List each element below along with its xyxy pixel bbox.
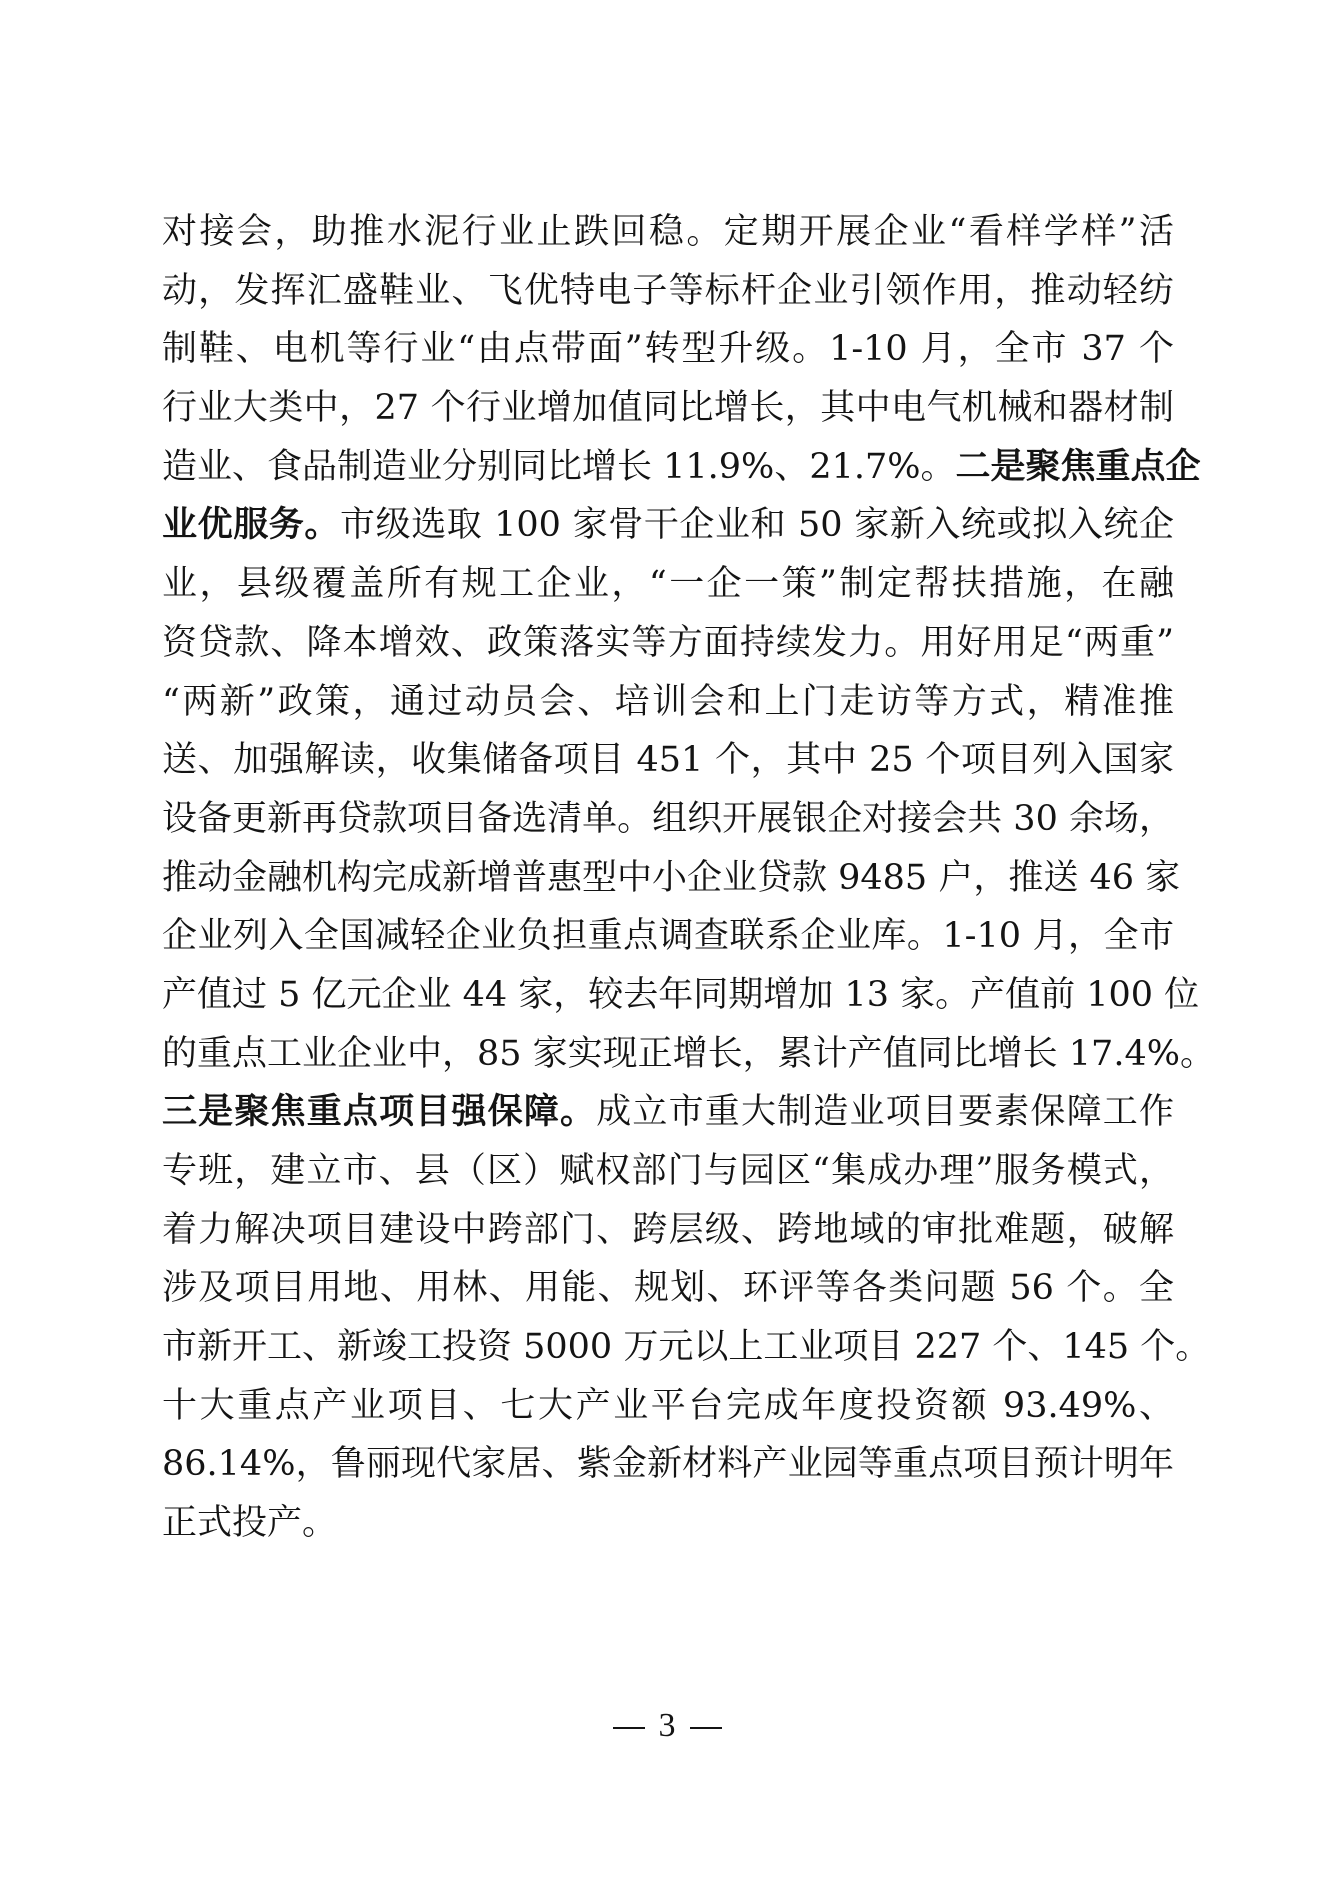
text-segment: 成立市重大制造业项目要素保障工作 (596, 1092, 1174, 1132)
text-segment: 制鞋、电机等行业“由点带面”转型升级。1-10 月，全市 37 个 (162, 329, 1174, 369)
text-segment: 市级选取 100 家骨干企业和 50 家新入统或拟入统企 (340, 505, 1174, 545)
text-line: 的重点工业企业中，85 家实现正增长，累计产值同比增长 17.4%。 (162, 1025, 1174, 1084)
text-segment: 专班，建立市、县（区）赋权部门与园区“集成办理”服务模式， (162, 1151, 1174, 1191)
text-segment: 对接会，助推水泥行业止跌回稳。定期开展企业“看样学样”活 (162, 212, 1174, 252)
text-line: 对接会，助推水泥行业止跌回稳。定期开展企业“看样学样”活 (162, 203, 1174, 262)
text-segment: 动，发挥汇盛鞋业、飞优特电子等标杆企业引领作用，推动轻纺 (162, 271, 1174, 311)
text-line: 86.14%，鲁丽现代家居、紫金新材料产业园等重点项目预计明年 (162, 1435, 1174, 1494)
text-line: 业优服务。市级选取 100 家骨干企业和 50 家新入统或拟入统企 (162, 496, 1174, 555)
text-segment: 设备更新再贷款项目备选清单。组织开展银企对接会共 30 余场， (162, 799, 1174, 839)
text-segment: 86.14%，鲁丽现代家居、紫金新材料产业园等重点项目预计明年 (162, 1444, 1174, 1484)
text-segment: 推动金融机构完成新增普惠型中小企业贷款 9485 户，推送 46 家 (162, 858, 1180, 898)
bold-heading-text: 业优服务。 (162, 505, 340, 545)
text-line: 企业列入全国减轻企业负担重点调查联系企业库。1-10 月，全市 (162, 907, 1174, 966)
document-page: 对接会，助推水泥行业止跌回稳。定期开展企业“看样学样”活动，发挥汇盛鞋业、飞优特… (0, 0, 1334, 1887)
page-dash-right (690, 1727, 722, 1729)
bold-heading-text: 二是聚焦重点企 (956, 447, 1201, 487)
text-segment: 行业大类中，27 个行业增加值同比增长，其中电气机械和器材制 (162, 388, 1174, 428)
text-line: 行业大类中，27 个行业增加值同比增长，其中电气机械和器材制 (162, 379, 1174, 438)
text-line: 业，县级覆盖所有规工企业，“一企一策”制定帮扶措施，在融 (162, 555, 1174, 614)
text-line: 产值过 5 亿元企业 44 家，较去年同期增加 13 家。产值前 100 位 (162, 966, 1174, 1025)
text-line: 制鞋、电机等行业“由点带面”转型升级。1-10 月，全市 37 个 (162, 320, 1174, 379)
text-segment: 市新开工、新竣工投资 5000 万元以上工业项目 227 个、145 个。 (162, 1327, 1210, 1367)
text-line: 三是聚焦重点项目强保障。成立市重大制造业项目要素保障工作 (162, 1083, 1174, 1142)
page-dash-left (613, 1727, 645, 1729)
text-segment: 十大重点产业项目、七大产业平台完成年度投资额 93.49%、 (162, 1386, 1174, 1426)
text-segment: 资贷款、降本增效、政策落实等方面持续发力。用好用足“两重” (162, 623, 1174, 663)
text-line: 造业、食品制造业分别同比增长 11.9%、21.7%。二是聚焦重点企 (162, 438, 1174, 497)
text-segment: “两新”政策，通过动员会、培训会和上门走访等方式，精准推 (162, 682, 1174, 722)
page-number: 3 (659, 1707, 676, 1744)
bold-heading-text: 三是聚焦重点项目强保障。 (162, 1092, 596, 1132)
text-segment: 的重点工业企业中，85 家实现正增长，累计产值同比增长 17.4%。 (162, 1034, 1215, 1074)
page-number-footer: 3 (0, 1706, 1334, 1746)
body-paragraph: 对接会，助推水泥行业止跌回稳。定期开展企业“看样学样”活动，发挥汇盛鞋业、飞优特… (162, 203, 1174, 1553)
text-line: 十大重点产业项目、七大产业平台完成年度投资额 93.49%、 (162, 1377, 1174, 1436)
text-line: 推动金融机构完成新增普惠型中小企业贷款 9485 户，推送 46 家 (162, 849, 1174, 908)
text-segment: 正式投产。 (162, 1503, 337, 1543)
text-line: 设备更新再贷款项目备选清单。组织开展银企对接会共 30 余场， (162, 790, 1174, 849)
text-segment: 产值过 5 亿元企业 44 家，较去年同期增加 13 家。产值前 100 位 (162, 975, 1199, 1015)
text-line: 着力解决项目建设中跨部门、跨层级、跨地域的审批难题，破解 (162, 1201, 1174, 1260)
text-line: 资贷款、降本增效、政策落实等方面持续发力。用好用足“两重” (162, 614, 1174, 673)
text-line: 专班，建立市、县（区）赋权部门与园区“集成办理”服务模式， (162, 1142, 1174, 1201)
text-segment: 着力解决项目建设中跨部门、跨层级、跨地域的审批难题，破解 (162, 1210, 1174, 1250)
text-line: 市新开工、新竣工投资 5000 万元以上工业项目 227 个、145 个。 (162, 1318, 1174, 1377)
text-line: 涉及项目用地、用林、用能、规划、环评等各类问题 56 个。全 (162, 1259, 1174, 1318)
text-segment: 涉及项目用地、用林、用能、规划、环评等各类问题 56 个。全 (162, 1268, 1174, 1308)
text-segment: 企业列入全国减轻企业负担重点调查联系企业库。1-10 月，全市 (162, 916, 1174, 956)
text-segment: 造业、食品制造业分别同比增长 11.9%、21.7%。 (162, 447, 956, 487)
text-line: “两新”政策，通过动员会、培训会和上门走访等方式，精准推 (162, 673, 1174, 732)
text-segment: 业，县级覆盖所有规工企业，“一企一策”制定帮扶措施，在融 (162, 564, 1174, 604)
text-line: 正式投产。 (162, 1494, 1174, 1553)
text-segment: 送、加强解读，收集储备项目 451 个，其中 25 个项目列入国家 (162, 740, 1174, 780)
text-line: 动，发挥汇盛鞋业、飞优特电子等标杆企业引领作用，推动轻纺 (162, 262, 1174, 321)
text-line: 送、加强解读，收集储备项目 451 个，其中 25 个项目列入国家 (162, 731, 1174, 790)
